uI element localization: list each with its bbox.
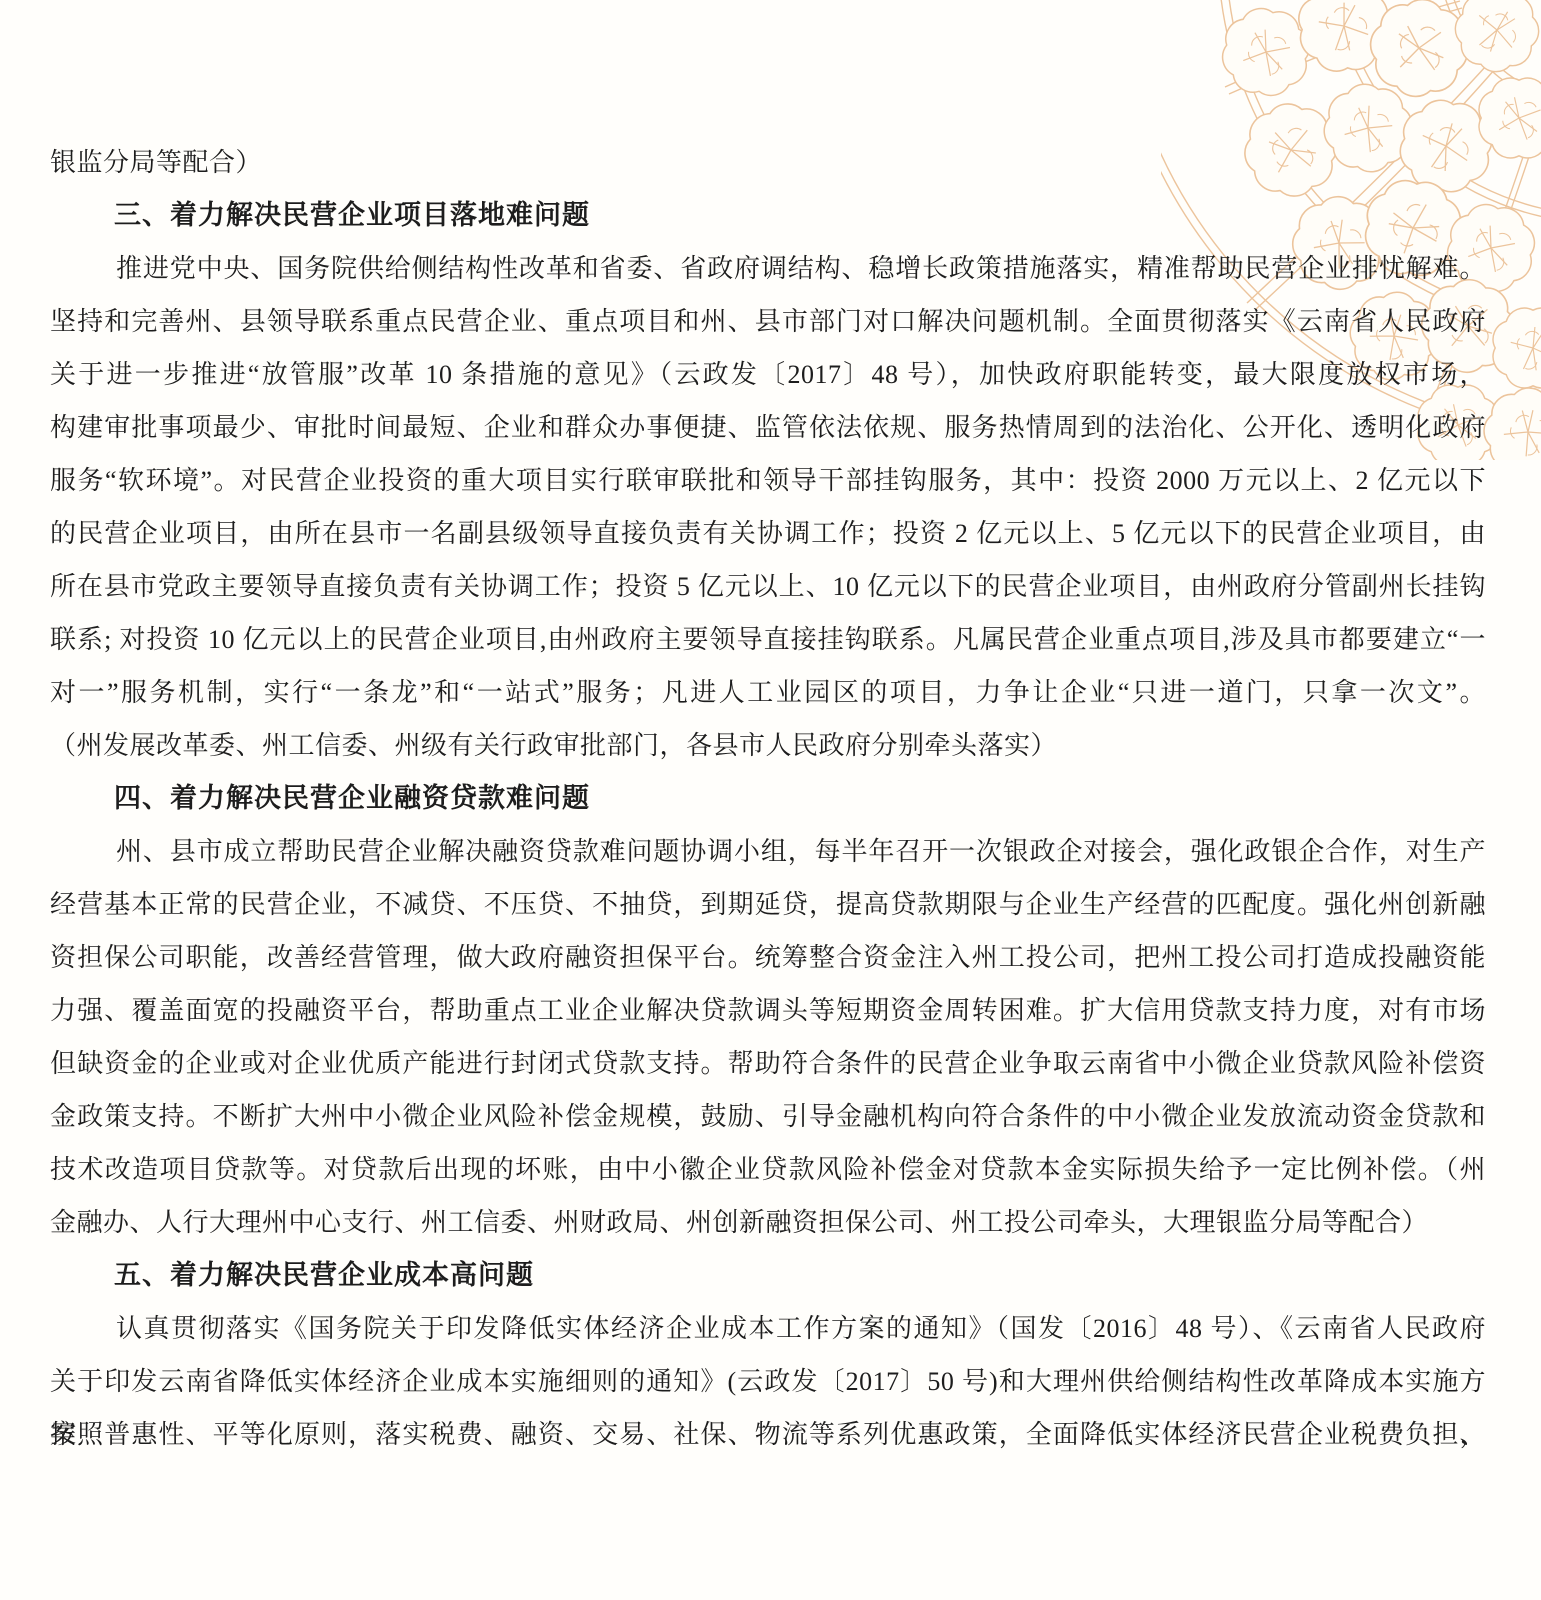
continuation-line: 银监分局等配合）: [50, 136, 1486, 189]
text-line: 资担保公司职能，改善经营管理，做大政府融资担保平台。统筹整合资金注入州工投公司，…: [50, 931, 1486, 984]
text-line: 技术改造项目贷款等。对贷款后出现的坏账，由中小徽企业贷款风险补偿金对贷款本金实际…: [50, 1143, 1486, 1196]
text-line: 关于进一步推进“放管服”改革 10 条措施的意见》（云政发〔2017〕48 号）…: [50, 348, 1486, 401]
section-heading-5: 五、着力解决民营企业成本高问题: [50, 1249, 1486, 1302]
text-line: 坚持和完善州、县领导联系重点民营企业、重点项目和州、县市部门对口解决问题机制。全…: [50, 295, 1486, 348]
text-line: 构建审批事项最少、审批时间最短、企业和群众办事便捷、监管依法依规、服务热情周到的…: [50, 401, 1486, 454]
section-heading-3: 三、着力解决民营企业项目落地难问题: [50, 189, 1486, 242]
text-line: 的民营企业项目，由所在县市一名副县级领导直接负责有关协调工作；投资 2 亿元以上…: [50, 507, 1486, 560]
text-line: 推进党中央、国务院供给侧结构性改革和省委、省政府调结构、稳增长政策措施落实，精准…: [50, 242, 1486, 295]
document-page: 银监分局等配合） 三、着力解决民营企业项目落地难问题 推进党中央、国务院供给侧结…: [50, 136, 1486, 1461]
responsibility-note: （州发展改革委、州工信委、州级有关行政审批部门，各县市人民政府分别牵头落实）: [50, 719, 1486, 772]
text-line: 所在县市党政主要领导直接负责有关协调工作；投资 5 亿元以上、10 亿元以下的民…: [50, 560, 1486, 613]
text-line: 认真贯彻落实《国务院关于印发降低实体经济企业成本工作方案的通知》（国发〔2016…: [50, 1302, 1486, 1355]
text-line: 关于印发云南省降低实体经济企业成本实施细则的通知》(云政发〔2017〕50 号)…: [50, 1355, 1486, 1408]
text-line: 但缺资金的企业或对企业优质产能进行封闭式贷款支持。帮助符合条件的民营企业争取云南…: [50, 1037, 1486, 1090]
text-line: 按照普惠性、平等化原则，落实税费、融资、交易、社保、物流等系列优惠政策，全面降低…: [50, 1408, 1486, 1461]
section-heading-4: 四、着力解决民营企业融资贷款难问题: [50, 772, 1486, 825]
text-line: 州、县市成立帮助民营企业解决融资贷款难问题协调小组，每半年召开一次银政企对接会，…: [50, 825, 1486, 878]
text-line: 金政策支持。不断扩大州中小微企业风险补偿金规模，鼓励、引导金融机构向符合条件的中…: [50, 1090, 1486, 1143]
text-line: 联系; 对投资 10 亿元以上的民营企业项目,由州政府主要领导直接挂钩联系。凡属…: [50, 613, 1486, 666]
text-line: 对一”服务机制，实行“一条龙”和“一站式”服务；凡进人工业园区的项目，力争让企业…: [50, 666, 1486, 719]
text-line: 服务“软环境”。对民营企业投资的重大项目实行联审联批和领导干部挂钩服务，其中：投…: [50, 454, 1486, 507]
responsibility-note: 金融办、人行大理州中心支行、州工信委、州财政局、州创新融资担保公司、州工投公司牵…: [50, 1196, 1486, 1249]
text-line: 经营基本正常的民营企业，不减贷、不压贷、不抽贷，到期延贷，提高贷款期限与企业生产…: [50, 878, 1486, 931]
text-line: 力强、覆盖面宽的投融资平台，帮助重点工业企业解决贷款调头等短期资金周转困难。扩大…: [50, 984, 1486, 1037]
